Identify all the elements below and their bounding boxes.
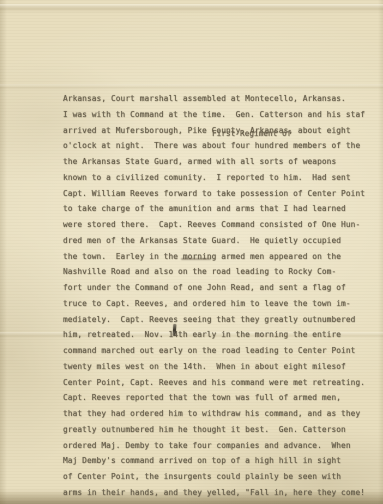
typed-line: to take charge of the amunition and arms… (63, 201, 375, 217)
typed-line: that they had ordered him to withdraw hi… (63, 406, 375, 422)
paper-crease-upper (0, 84, 383, 90)
typed-line: Nashville Road and also on the road lead… (63, 264, 375, 280)
typed-line: dred men of the Arkansas State Guard. He… (63, 233, 375, 249)
typed-line: greatly outnumbered him he thought it be… (63, 422, 375, 438)
typed-line: Capt. William Reeves forward to take pos… (63, 186, 375, 202)
typed-line: were stored there. Capt. Reeves Command … (63, 217, 375, 233)
ink-smudge (181, 258, 211, 260)
typed-line: truce to Capt. Reeves, and ordered him t… (63, 296, 375, 312)
paper-crease-top (0, 4, 383, 14)
typed-line: Arkansas, Court marshall assembled at Mo… (63, 91, 375, 107)
typed-line: twenty miles west on the 14th. When in a… (63, 359, 375, 375)
typed-line: him, retreated. Nov. 14th early in the m… (63, 327, 375, 343)
typed-line: arms in their hands, and they yelled, "F… (63, 485, 375, 501)
typed-line: command marched out early on the road le… (63, 343, 375, 359)
scanned-document-page: Arkansas, Court marshall assembled at Mo… (0, 0, 383, 504)
typed-line: known to a civilized comunity. I reporte… (63, 170, 375, 186)
typed-line: the town. Earley in the morning armed me… (63, 249, 375, 265)
typed-line: fort under the Command of one John Read,… (63, 280, 375, 296)
typed-line: o'clock at night. There was about four h… (63, 138, 375, 154)
typed-interline-insertion: First Regiment of (212, 129, 291, 138)
typed-line: Maj Demby's command arrived on top of a … (63, 453, 375, 469)
typed-line: I was with th Command at the time. Gen. … (63, 107, 375, 123)
typed-line: of Center Point, the insurgents could pl… (63, 469, 375, 485)
typed-line: Capt. Reeves reported that the town was … (63, 390, 375, 406)
typed-text-block: Arkansas, Court marshall assembled at Mo… (63, 91, 375, 501)
typed-line: ordered Maj. Demby to take four companie… (63, 438, 375, 454)
typed-line: mediately. Capt. Reeves seeing that they… (63, 312, 375, 328)
typed-line: Center Point, Capt. Reeves and his comma… (63, 375, 375, 391)
typed-line: the Arkansas State Guard, armed with all… (63, 154, 375, 170)
